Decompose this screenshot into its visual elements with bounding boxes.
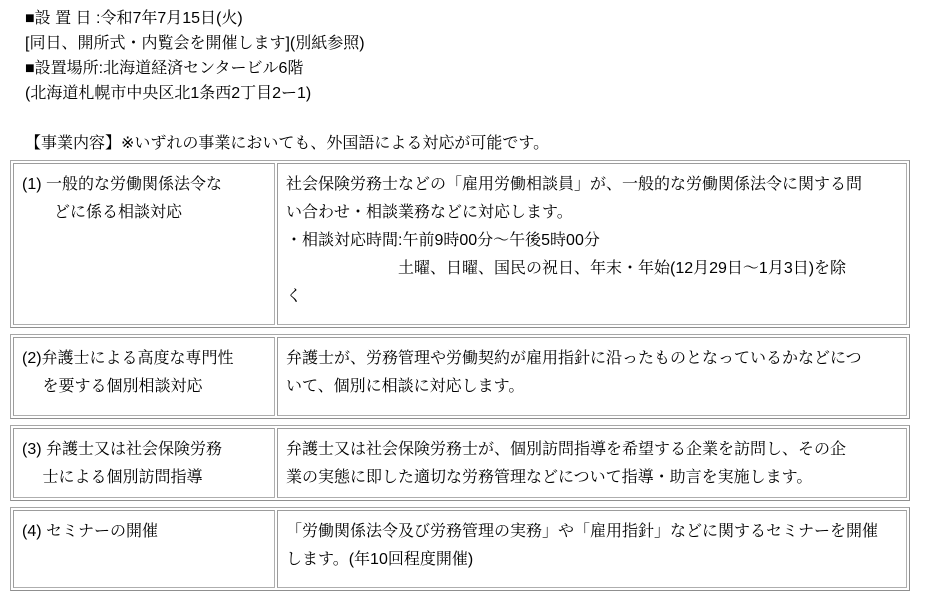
service-title-cell: (1) 一般的な労働関係法令な どに係る相談対応	[13, 163, 275, 325]
services-table: (1) 一般的な労働関係法令な どに係る相談対応 社会保険労務士などの「雇用労働…	[10, 160, 910, 591]
document-page: ■設 置 日 :令和7年7月15日(火) [同日、開所式・内覧会を開催します](…	[0, 0, 928, 591]
service-title-cell: (4) セミナーの開催	[13, 510, 275, 588]
header-info-block: ■設 置 日 :令和7年7月15日(火) [同日、開所式・内覧会を開催します](…	[25, 6, 928, 106]
service-description-cell: 弁護士が、労務管理や労働契約が雇用指針に沿ったものとなっているかなどにつ いて、…	[277, 337, 907, 416]
table-row: (2)弁護士による高度な専門性 を要する個別相談対応 弁護士が、労務管理や労働契…	[10, 334, 910, 419]
service-title-cell: (3) 弁護士又は社会保険労務 士による個別訪問指導	[13, 428, 275, 498]
service-description-cell: 「労働関係法令及び労務管理の実務」や「雇用指針」などに関するセミナーを開催 しま…	[277, 510, 907, 588]
service-description-cell: 社会保険労務士などの「雇用労働相談員」が、一般的な労働関係法令に関する問 い合わ…	[277, 163, 907, 325]
table-row: (3) 弁護士又は社会保険労務 士による個別訪問指導 弁護士又は社会保険労務士が…	[10, 425, 910, 501]
table-row: (1) 一般的な労働関係法令な どに係る相談対応 社会保険労務士などの「雇用労働…	[10, 160, 910, 328]
table-row: (4) セミナーの開催 「労働関係法令及び労務管理の実務」や「雇用指針」などに関…	[10, 507, 910, 591]
service-description-cell: 弁護士又は社会保険労務士が、個別訪問指導を希望する企業を訪問し、その企 業の実態…	[277, 428, 907, 498]
section-title: 【事業内容】※いずれの事業においても、外国語による対応が可能です。	[25, 131, 928, 156]
service-title-cell: (2)弁護士による高度な専門性 を要する個別相談対応	[13, 337, 275, 416]
